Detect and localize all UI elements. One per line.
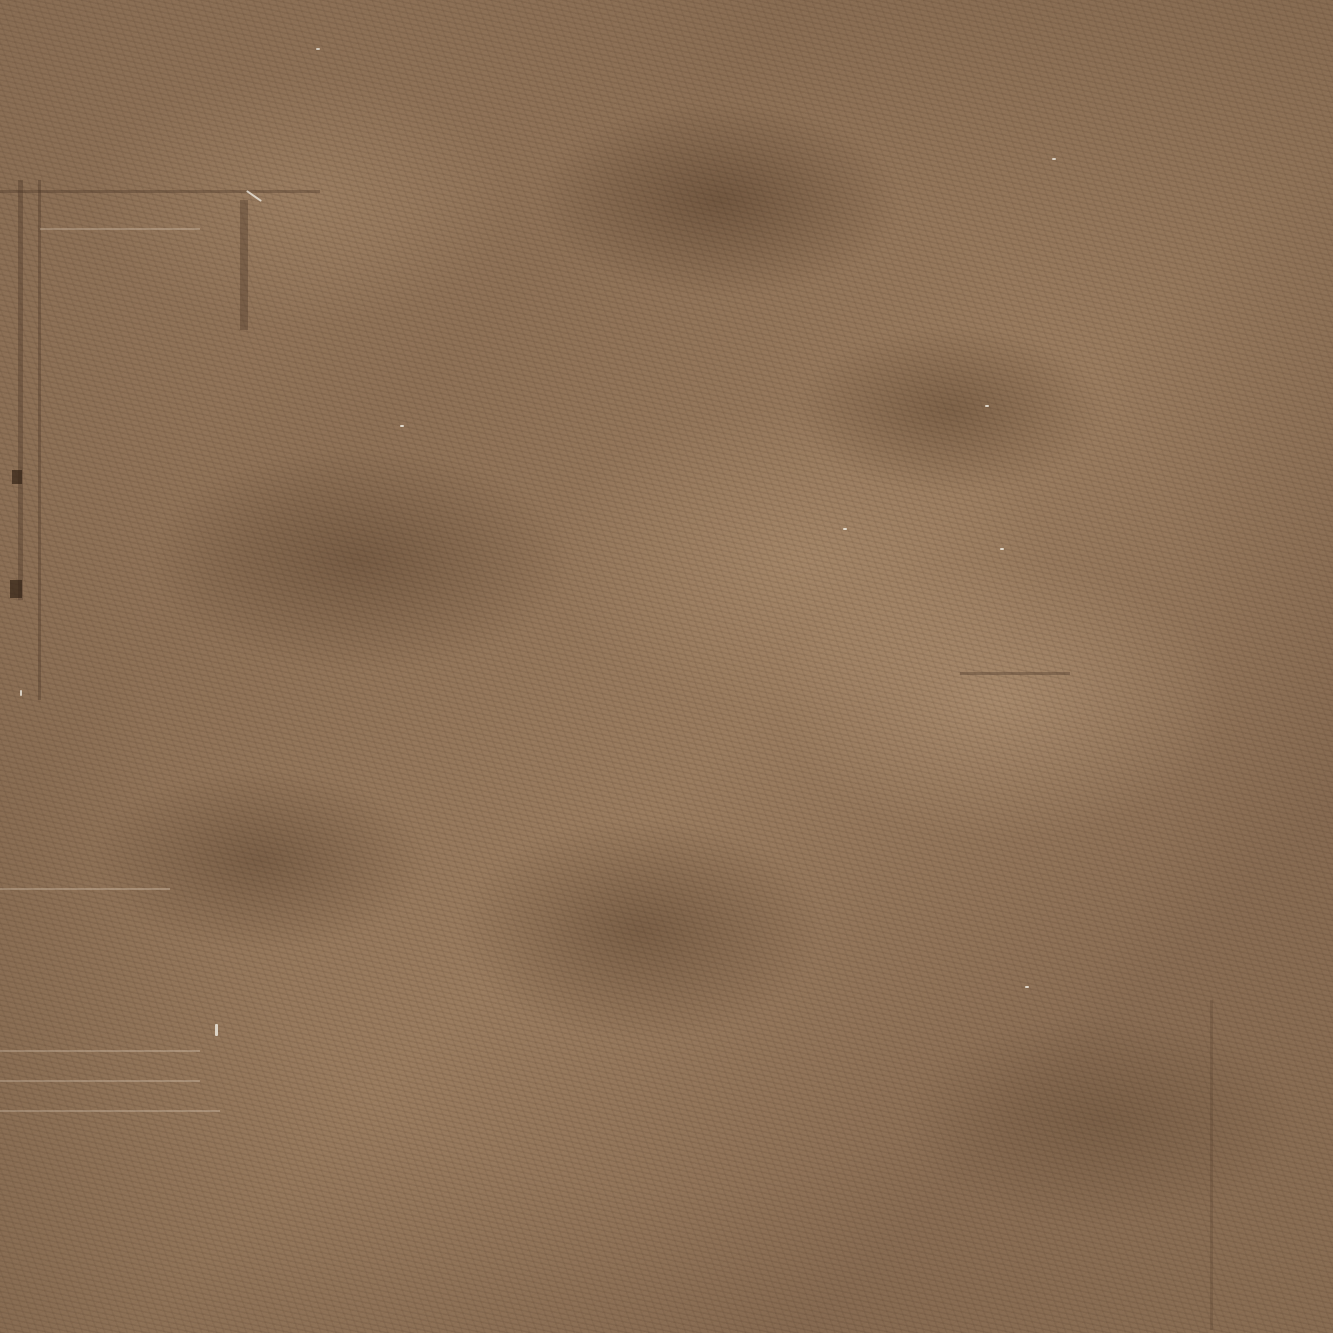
rug-texture-photo: [0, 0, 1333, 1333]
vignette-overlay: [0, 0, 1333, 1333]
